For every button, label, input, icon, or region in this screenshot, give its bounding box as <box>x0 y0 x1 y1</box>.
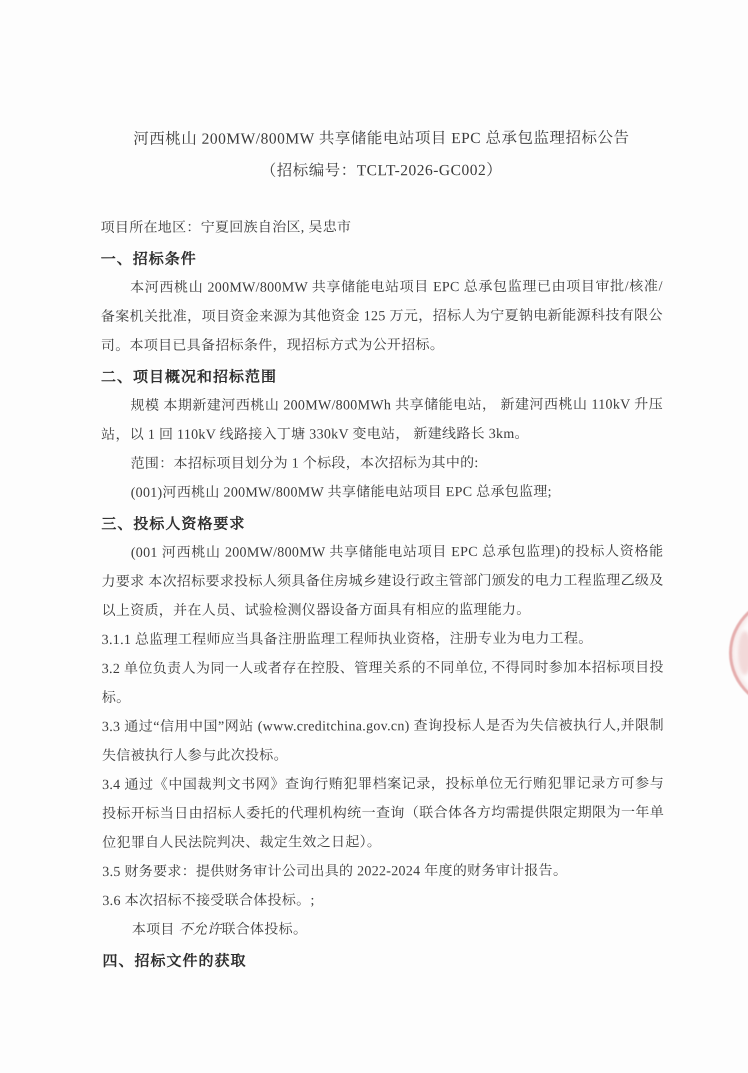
document-page: 河西桃山 200MW/800MW 共享储能电站项目 EPC 总承包监理招标公告 … <box>0 0 748 1073</box>
paragraph-bid-scope: 范围：本招标项目划分为 1 个标段，本次招标为其中的: <box>101 449 663 479</box>
paragraph-item-3-4: 3.4 通过《中国裁判文书网》查询行贿犯罪档案记录，投标单位无行贿犯罪记录方可参… <box>102 770 664 858</box>
section-heading-bidder-qualifications: 三、投标人资格要求 <box>101 509 663 539</box>
section-heading-project-overview: 二、项目概况和招标范围 <box>101 362 663 392</box>
paragraph-project-scale: 规模 本期新建河西桃山 200MW/800MWh 共享储能电站， 新建河西桃山 … <box>101 391 663 450</box>
section-heading-bid-conditions: 一、招标条件 <box>101 244 663 274</box>
seal-texture <box>738 631 748 675</box>
tender-number: （招标编号：TCLT-2026-GC002） <box>100 155 662 188</box>
paragraph-item-3-5: 3.5 财务要求：提供财务审计公司出具的 2022-2024 年度的财务审计报告… <box>102 857 664 887</box>
paragraph-item-3-1-1: 3.1.1 总监理工程师应当具备注册监理工程师执业资格，注册专业为电力工程。 <box>102 625 664 655</box>
note-italic-text: 不允许 <box>179 923 222 938</box>
document-title: 河西桃山 200MW/800MW 共享储能电站项目 EPC 总承包监理招标公告 <box>100 123 662 156</box>
paragraph-bid-conditions: 本河西桃山 200MW/800MW 共享储能电站项目 EPC 总承包监理已由项目… <box>101 273 663 361</box>
paragraph-bid-section-001: (001)河西桃山 200MW/800MW 共享储能电站项目 EPC 总承包监理… <box>101 478 663 508</box>
paragraph-qualification-requirements: (001 河西桃山 200MW/800MW 共享储能电站项目 EPC 总承包监理… <box>101 538 663 626</box>
paragraph-joint-venture-note: 本项目 不允许联合体投标。 <box>102 915 664 945</box>
paragraph-item-3-2: 3.2 单位负责人为同一人或者存在控股、管理关系的不同单位, 不得同时参加本招标… <box>102 654 664 713</box>
paragraph-item-3-6: 3.6 本次招标不接受联合体投标。; <box>102 886 664 916</box>
section-heading-document-acquisition: 四、招标文件的获取 <box>102 946 664 976</box>
official-seal-stamp-icon <box>729 594 748 712</box>
note-suffix: 联合体投标。 <box>221 922 307 937</box>
note-prefix: 本项目 <box>132 923 179 938</box>
project-location: 项目所在地区：宁夏回族自治区, 吴忠市 <box>101 213 663 243</box>
document-content: 河西桃山 200MW/800MW 共享储能电站项目 EPC 总承包监理招标公告 … <box>100 0 665 976</box>
paragraph-item-3-3: 3.3 通过“信用中国”网站 (www.creditchina.gov.cn) … <box>102 712 664 771</box>
title-block: 河西桃山 200MW/800MW 共享储能电站项目 EPC 总承包监理招标公告 … <box>100 123 662 188</box>
